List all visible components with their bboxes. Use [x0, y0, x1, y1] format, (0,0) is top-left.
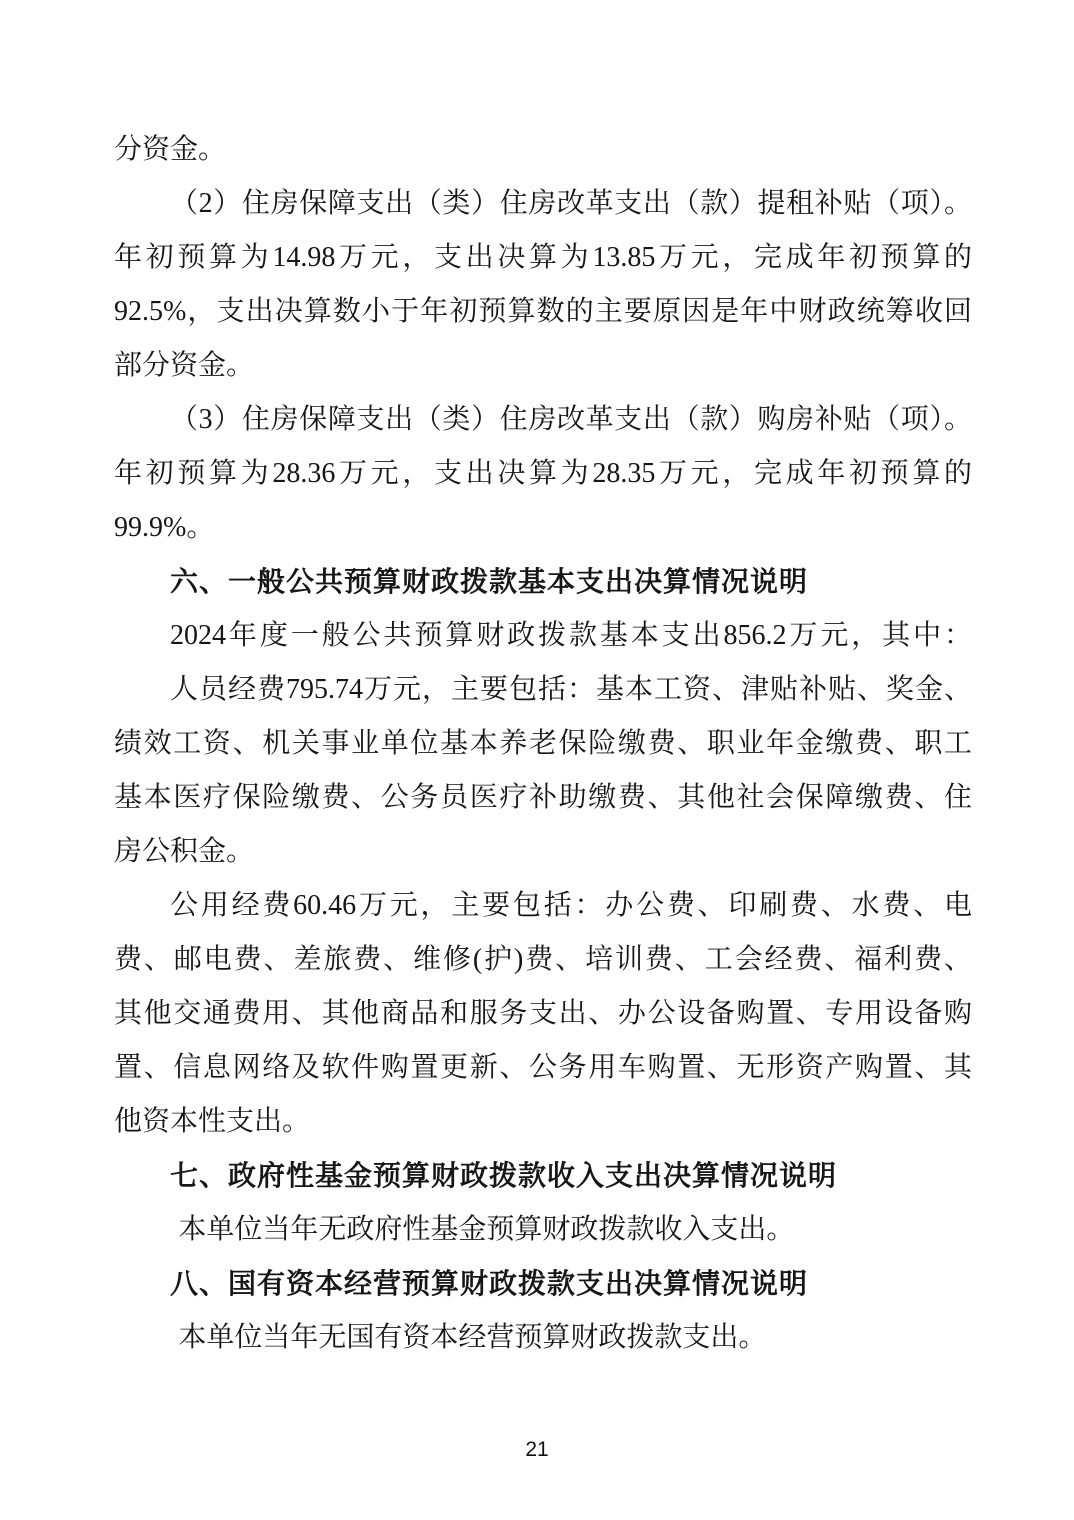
text-line: 其他交通费用、其他商品和服务支出、办公设备购置、专用设备购: [114, 987, 972, 1041]
text-line: 基本医疗保险缴费、公务员医疗补助缴费、其他社会保障缴费、住: [114, 771, 972, 825]
text-line: （2）住房保障支出（类）住房改革支出（款）提租补贴（项）。: [114, 177, 972, 231]
text-line: 绩效工资、机关事业单位基本养老保险缴费、职业年金缴费、职工: [114, 717, 972, 771]
section-heading: 八、国有资本经营预算财政拨款支出决算情况说明: [114, 1257, 972, 1311]
text-line: 本单位当年无国有资本经营预算财政拨款支出。: [114, 1311, 972, 1365]
text-line: 92.5%，支出决算数小于年初预算数的主要原因是年中财政统筹收回: [114, 285, 972, 339]
document-body: 分资金。（2）住房保障支出（类）住房改革支出（款）提租补贴（项）。年初预算为14…: [114, 123, 972, 1365]
text-line: 房公积金。: [114, 825, 972, 879]
text-line: 他资本性支出。: [114, 1095, 972, 1149]
text-line: 99.9%。: [114, 501, 972, 555]
text-line: 2024年度一般公共预算财政拨款基本支出856.2万元，其中：: [114, 609, 972, 663]
section-heading: 七、政府性基金预算财政拨款收入支出决算情况说明: [114, 1149, 972, 1203]
text-line: 分资金。: [114, 123, 972, 177]
text-line: 人员经费795.74万元，主要包括：基本工资、津贴补贴、奖金、: [114, 663, 972, 717]
document-page: 分资金。（2）住房保障支出（类）住房改革支出（款）提租补贴（项）。年初预算为14…: [0, 0, 1074, 1520]
text-line: （3）住房保障支出（类）住房改革支出（款）购房补贴（项）。: [114, 393, 972, 447]
text-line: 部分资金。: [114, 339, 972, 393]
page-number: 21: [0, 1438, 1074, 1462]
text-line: 年初预算为28.36万元，支出决算为28.35万元，完成年初预算的: [114, 447, 972, 501]
text-line: 年初预算为14.98万元，支出决算为13.85万元，完成年初预算的: [114, 231, 972, 285]
text-line: 公用经费60.46万元，主要包括：办公费、印刷费、水费、电: [114, 879, 972, 933]
text-line: 本单位当年无政府性基金预算财政拨款收入支出。: [114, 1203, 972, 1257]
text-line: 置、信息网络及软件购置更新、公务用车购置、无形资产购置、其: [114, 1041, 972, 1095]
section-heading: 六、一般公共预算财政拨款基本支出决算情况说明: [114, 555, 972, 609]
text-line: 费、邮电费、差旅费、维修(护)费、培训费、工会经费、福利费、: [114, 933, 972, 987]
